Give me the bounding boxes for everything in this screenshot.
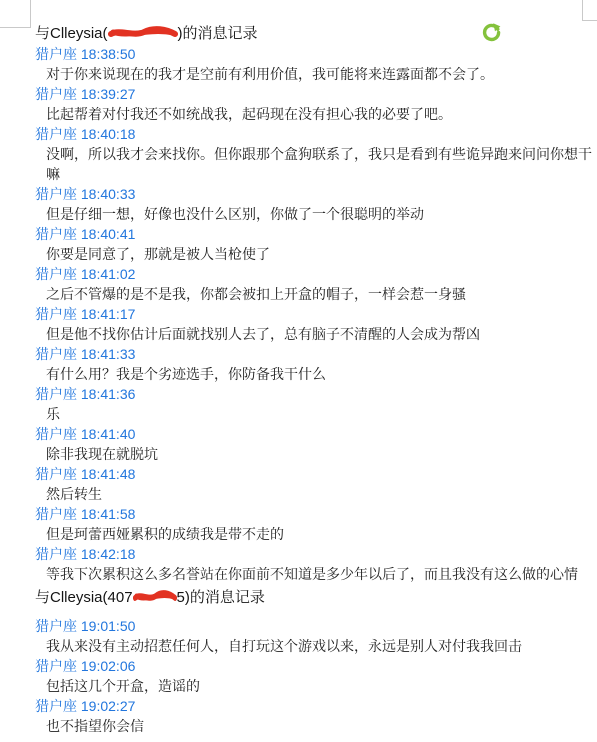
record-header-qq-digits: 5) bbox=[177, 589, 190, 606]
message-text: 没啊，所以我才会来找你。但你跟那个盒狗联系了，我只是看到有些诡异跑来问问你想干 bbox=[0, 144, 597, 164]
sender-name: 猎户座 bbox=[35, 386, 77, 402]
message-text: 但是他不找你估计后面就找别人去了，总有脑子不清醒的人会成为帮凶 bbox=[0, 324, 597, 344]
record-header: 与Clleysia()的消息记录 bbox=[0, 24, 597, 44]
sender-name: 猎户座 bbox=[35, 46, 77, 62]
record-header: 与Clleysia(4075)的消息记录 bbox=[0, 588, 597, 608]
message-timestamp: 18:39:27 bbox=[81, 86, 136, 102]
sender-name: 猎户座 bbox=[35, 266, 77, 282]
message-text: 但是珂蕾西娅累积的成绩我是带不走的 bbox=[0, 524, 597, 544]
sender-line: 猎户座 18:41:02 bbox=[0, 264, 597, 284]
message-timestamp: 18:38:50 bbox=[81, 46, 136, 62]
sender-line: 猎户座 18:40:18 bbox=[0, 124, 597, 144]
crop-artifact-top-right-horizontal bbox=[582, 20, 597, 21]
message-timestamp: 18:40:33 bbox=[81, 186, 136, 202]
record-header-prefix: 与Clleysia( bbox=[35, 589, 108, 606]
crop-artifact-top-left-vertical bbox=[30, 0, 31, 27]
sender-name: 猎户座 bbox=[35, 698, 77, 714]
sender-line: 猎户座 18:42:18 bbox=[0, 544, 597, 564]
sender-name: 猎户座 bbox=[35, 618, 77, 634]
message-text: 比起帮着对付我还不如统战我，起码现在没有担心我的必要了吧。 bbox=[0, 104, 597, 124]
message-timestamp: 19:01:50 bbox=[81, 618, 136, 634]
message-text: 乐 bbox=[0, 404, 597, 424]
sender-name: 猎户座 bbox=[35, 186, 77, 202]
sender-line: 猎户座 19:02:27 bbox=[0, 696, 597, 716]
message-text: 你要是同意了，那就是被人当枪使了 bbox=[0, 244, 597, 264]
message-text: 等我下次累积这么多名誉站在你面前不知道是多少年以后了，而且我没有这么做的心情 bbox=[0, 564, 597, 584]
sender-name: 猎户座 bbox=[35, 86, 77, 102]
sender-name: 猎户座 bbox=[35, 506, 77, 522]
red-scribble-redaction bbox=[108, 26, 178, 40]
sender-name: 猎户座 bbox=[35, 466, 77, 482]
message-timestamp: 18:42:18 bbox=[81, 546, 136, 562]
message-timestamp: 19:02:06 bbox=[81, 658, 136, 674]
sender-line: 猎户座 19:01:50 bbox=[0, 616, 597, 636]
sender-name: 猎户座 bbox=[35, 426, 77, 442]
message-timestamp: 18:41:40 bbox=[81, 426, 136, 442]
sender-line: 猎户座 18:41:40 bbox=[0, 424, 597, 444]
message-timestamp: 18:41:36 bbox=[81, 386, 136, 402]
message-timestamp: 18:41:48 bbox=[81, 466, 136, 482]
message-text: 有什么用？我是个劣迹选手，你防备我干什么 bbox=[0, 364, 597, 384]
sender-name: 猎户座 bbox=[35, 546, 77, 562]
message-text: 然后转生 bbox=[0, 484, 597, 504]
crop-artifact-top-right-vertical bbox=[582, 0, 583, 20]
sender-line: 猎户座 18:41:48 bbox=[0, 464, 597, 484]
message-timestamp: 19:02:27 bbox=[81, 698, 136, 714]
sender-name: 猎户座 bbox=[35, 126, 77, 142]
message-text: 也不指望你会信 bbox=[0, 716, 597, 736]
record-header-suffix: 的消息记录 bbox=[183, 25, 258, 42]
sender-line: 猎户座 19:02:06 bbox=[0, 656, 597, 676]
record-header-qq-digits: 407 bbox=[108, 589, 133, 606]
message-text: 之后不管爆的是不是我，你都会被扣上开盒的帽子，一样会惹一身骚 bbox=[0, 284, 597, 304]
sender-name: 猎户座 bbox=[35, 658, 77, 674]
record-header-suffix: 的消息记录 bbox=[190, 589, 265, 606]
red-scribble-redaction bbox=[133, 590, 177, 604]
message-text: 但是仔细一想，好像也没什么区别，你做了一个很聪明的举动 bbox=[0, 204, 597, 224]
sender-line: 猎户座 18:40:41 bbox=[0, 224, 597, 244]
message-timestamp: 18:40:18 bbox=[81, 126, 136, 142]
sender-line: 猎户座 18:41:58 bbox=[0, 504, 597, 524]
sender-line: 猎户座 18:38:50 bbox=[0, 44, 597, 64]
message-timestamp: 18:40:41 bbox=[81, 226, 136, 242]
message-timestamp: 18:41:02 bbox=[81, 266, 136, 282]
sender-line: 猎户座 18:41:36 bbox=[0, 384, 597, 404]
chat-log: 与Clleysia()的消息记录猎户座 18:38:50对于你来说现在的我才是空… bbox=[0, 24, 597, 736]
sender-line: 猎户座 18:39:27 bbox=[0, 84, 597, 104]
sender-name: 猎户座 bbox=[35, 306, 77, 322]
message-text: 除非我现在就脱坑 bbox=[0, 444, 597, 464]
sender-line: 猎户座 18:40:33 bbox=[0, 184, 597, 204]
record-header-prefix: 与Clleysia( bbox=[35, 25, 108, 42]
message-text: 包括这几个开盒，造谣的 bbox=[0, 676, 597, 696]
message-timestamp: 18:41:17 bbox=[81, 306, 136, 322]
sender-line: 猎户座 18:41:33 bbox=[0, 344, 597, 364]
message-timestamp: 18:41:58 bbox=[81, 506, 136, 522]
message-text: 嘛 bbox=[0, 164, 597, 184]
message-text: 对于你来说现在的我才是空前有利用价值，我可能将来连露面都不会了。 bbox=[0, 64, 597, 84]
message-timestamp: 18:41:33 bbox=[81, 346, 136, 362]
sender-name: 猎户座 bbox=[35, 346, 77, 362]
sender-name: 猎户座 bbox=[35, 226, 77, 242]
message-text: 我从来没有主动招惹任何人，自打玩这个游戏以来，永远是别人对付我我回击 bbox=[0, 636, 597, 656]
sender-line: 猎户座 18:41:17 bbox=[0, 304, 597, 324]
